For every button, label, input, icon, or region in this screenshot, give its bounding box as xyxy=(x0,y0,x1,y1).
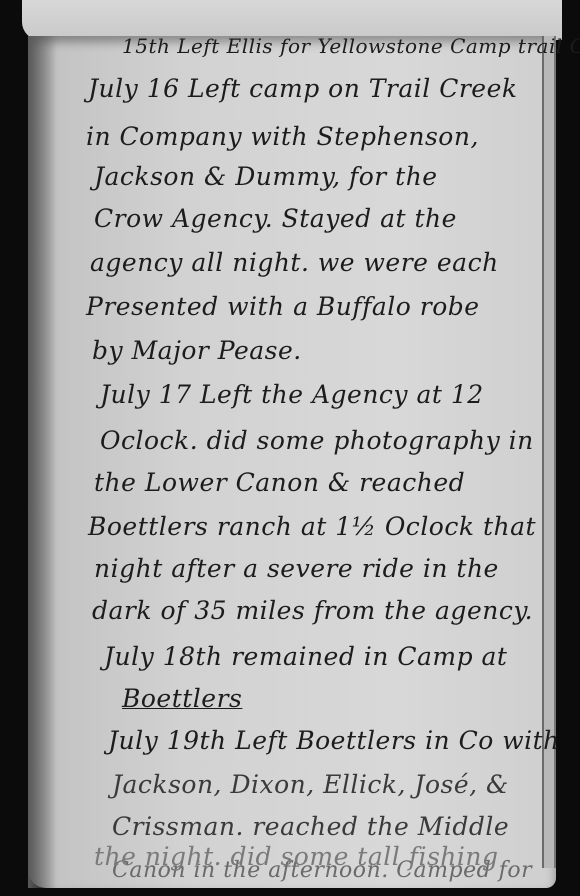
diary-line: Oclock. did some photography in xyxy=(100,426,534,455)
diary-line: July 17 Left the Agency at 12 xyxy=(100,380,484,409)
diary-line: Jackson, Dixon, Ellick, José, & xyxy=(112,770,509,799)
diary-line: July 16 Left camp on Trail Creek xyxy=(88,74,518,103)
diary-line: Crissman. reached the Middle xyxy=(112,812,509,841)
diary-line: night after a severe ride in the xyxy=(94,554,499,583)
diary-line: July 19th Left Boettlers in Co with xyxy=(108,726,560,755)
page-binding-shadow xyxy=(28,36,56,888)
diary-line: agency all night. we were each xyxy=(90,248,499,277)
notebook-page: 15th Left Ellis for Yellowstone Camp tra… xyxy=(28,36,556,888)
diary-line: by Major Pease. xyxy=(92,336,302,365)
diary-line: dark of 35 miles from the agency. xyxy=(92,596,533,625)
diary-line: in Company with Stephenson, xyxy=(86,122,479,151)
diary-line: the night. did some tall fishing xyxy=(94,842,498,871)
diary-line: July 18th remained in Camp at xyxy=(104,642,507,671)
diary-line: Boettlers xyxy=(122,684,242,713)
diary-line: Presented with a Buffalo robe xyxy=(86,292,480,321)
diary-line: Jackson & Dummy, for the xyxy=(94,162,438,191)
diary-line: Crow Agency. Stayed at the xyxy=(94,204,457,233)
diary-line: 15th Left Ellis for Yellowstone Camp tra… xyxy=(122,34,580,58)
diary-line: the Lower Canon & reached xyxy=(94,468,465,497)
diary-line: Boettlers ranch at 1½ Oclock that xyxy=(88,512,536,541)
